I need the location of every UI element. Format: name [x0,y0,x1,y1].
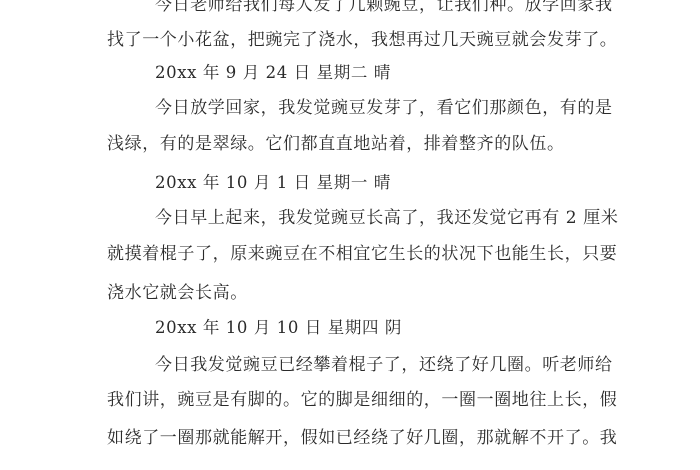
paragraph-line: 今日早上起来，我发觉豌豆长高了，我还发觉它再有 2 厘米 [155,207,597,229]
paragraph-line: 浇水它就会长高。 [107,282,597,304]
diary-date-heading: 20xx 年 10 月 10 日 星期四 阴 [155,317,645,339]
paragraph-line: 我们讲，豌豆是有脚的。它的脚是细细的，一圈一圈地往上长，假 [107,389,597,411]
diary-date-heading: 20xx 年 10 月 1 日 星期一 晴 [155,172,645,194]
paragraph-line: 今日老师给我们每人发了几颗豌豆，让我们种。放学回家我 [155,0,597,16]
paragraph-line: 今日我发觉豌豆已经攀着棍子了，还绕了好几圈。听老师给 [155,354,597,376]
paragraph-line: 找了一个小花盆，把豌完了浇水，我想再过几天豌豆就会发芽了。 [107,29,597,51]
paragraph-line: 今日放学回家，我发觉豌豆发芽了，看它们那颜色，有的是 [155,97,597,119]
diary-date-heading: 20xx 年 9 月 24 日 星期二 晴 [155,62,645,84]
document-page: 今日老师给我们每人发了几颗豌豆，让我们种。放学回家我 找了一个小花盆，把豌完了浇… [0,0,700,470]
paragraph-line: 如绕了一圈那就能解开，假如已经绕了好几圈，那就解不开了。我 [107,427,597,449]
paragraph-line: 就摸着棍子了，原来豌豆在不相宜它生长的状况下也能生长，只要 [107,243,597,265]
paragraph-line: 浅绿，有的是翠绿。它们都直直地站着，排着整齐的队伍。 [107,133,597,155]
